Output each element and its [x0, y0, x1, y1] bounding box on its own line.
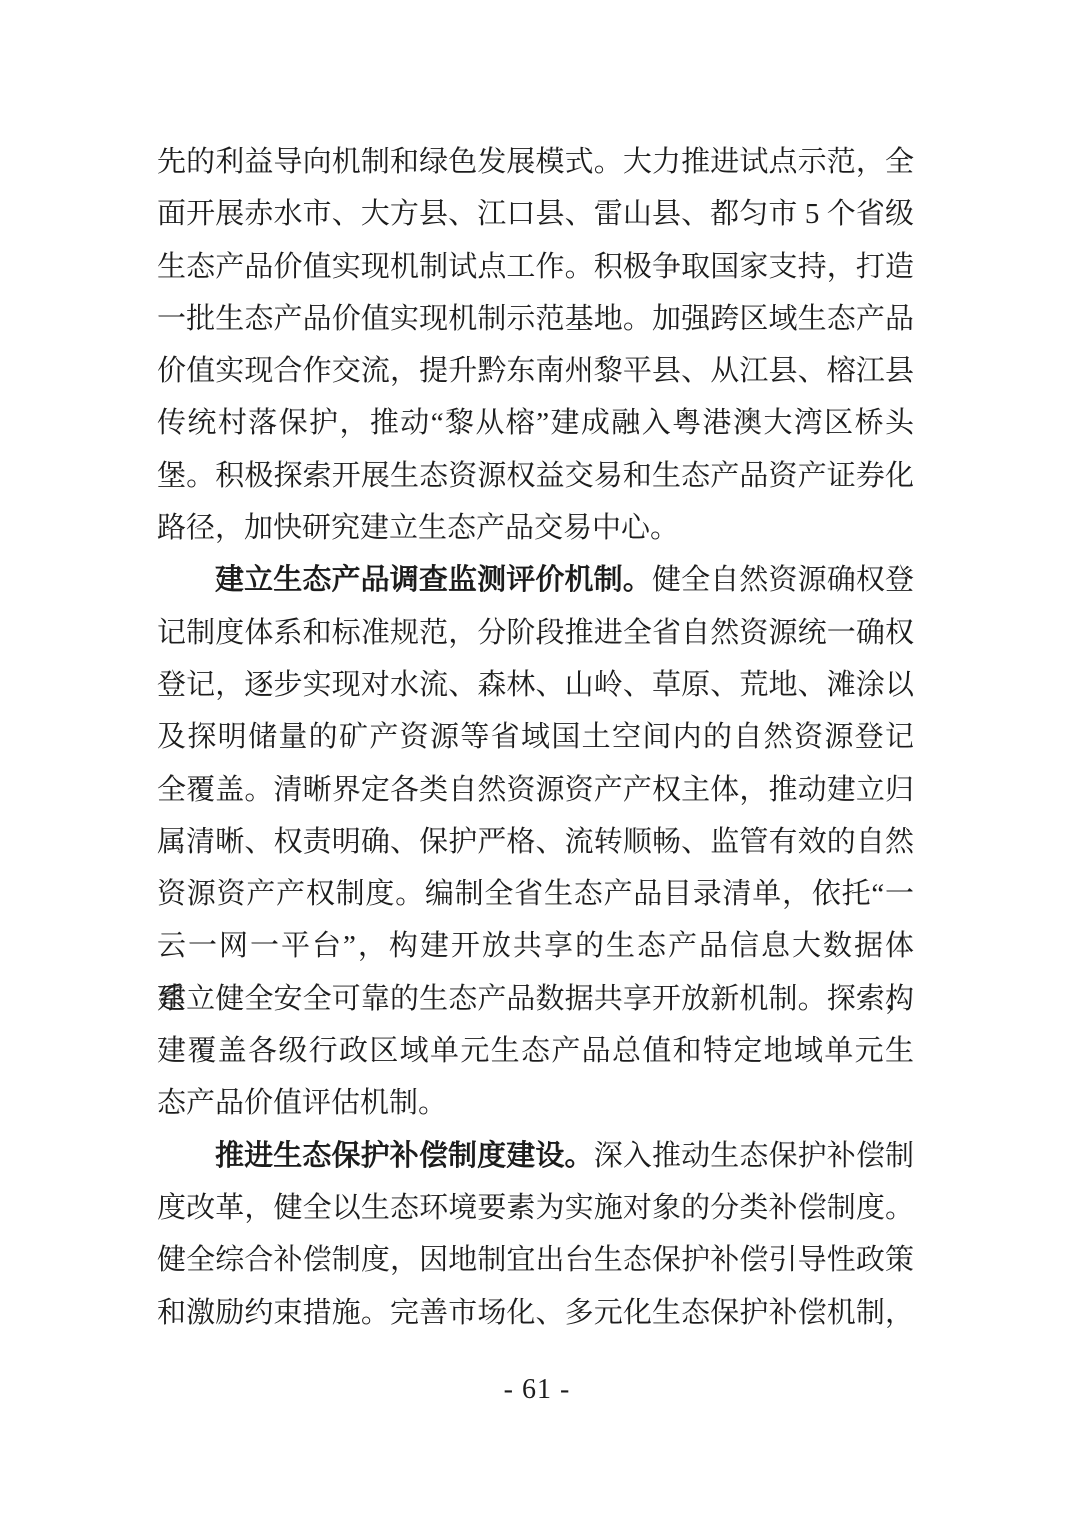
text-line: 建覆盖各级行政区域单元生态产品总值和特定地域单元生 — [157, 1025, 914, 1077]
text-line: 态产品价值评估机制。 — [157, 1077, 914, 1129]
text-line: 和激励约束措施。完善市场化、多元化生态保护补偿机制， — [157, 1287, 914, 1339]
text-line: 建立生态产品调查监测评价机制。健全自然资源确权登 — [157, 554, 914, 606]
text-line: 路径，加快研究建立生态产品交易中心。 — [157, 502, 914, 554]
text-line: 一批生态产品价值实现机制示范基地。加强跨区域生态产品 — [157, 293, 914, 345]
text-line: 全覆盖。清晰界定各类自然资源资产产权主体，推动建立归 — [157, 764, 914, 816]
text-line: 属清晰、权责明确、保护严格、流转顺畅、监管有效的自然 — [157, 816, 914, 868]
text-line: 登记，逐步实现对水流、森林、山岭、草原、荒地、滩涂以 — [157, 659, 914, 711]
section-lead-bold: 推进生态保护补偿制度建设。 — [215, 1140, 594, 1172]
section-lead-bold: 建立生态产品调查监测评价机制。 — [215, 564, 652, 596]
body-text: 先的利益导向机制和绿色发展模式。大力推进试点示范，全面开展赤水市、大方县、江口县… — [157, 136, 914, 1339]
text-line: 建立健全安全可靠的生态产品数据共享开放新机制。探索构 — [157, 973, 914, 1025]
paragraph: 建立生态产品调查监测评价机制。健全自然资源确权登记制度体系和标准规范，分阶段推进… — [157, 554, 914, 1129]
text-line: 推进生态保护补偿制度建设。深入推动生态保护补偿制 — [157, 1130, 914, 1182]
text-line: 云一网一平台”，构建开放共享的生态产品信息大数据体系， — [157, 920, 914, 972]
page-number: - 61 - — [504, 1374, 571, 1405]
text-line: 健全综合补偿制度，因地制宜出台生态保护补偿引导性政策 — [157, 1234, 914, 1286]
text-line: 记制度体系和标准规范，分阶段推进全省自然资源统一确权 — [157, 607, 914, 659]
text-line: 面开展赤水市、大方县、江口县、雷山县、都匀市 5 个省级 — [157, 188, 914, 240]
text-line: 传统村落保护，推动“黎从榕”建成融入粤港澳大湾区桥头 — [157, 397, 914, 449]
text-line: 价值实现合作交流，提升黔东南州黎平县、从江县、榕江县 — [157, 345, 914, 397]
text-line: 生态产品价值实现机制试点工作。积极争取国家支持，打造 — [157, 241, 914, 293]
paragraph: 先的利益导向机制和绿色发展模式。大力推进试点示范，全面开展赤水市、大方县、江口县… — [157, 136, 914, 554]
text-line: 度改革，健全以生态环境要素为实施对象的分类补偿制度。 — [157, 1182, 914, 1234]
text-line: 资源资产产权制度。编制全省生态产品目录清单，依托“一 — [157, 868, 914, 920]
document-page: 先的利益导向机制和绿色发展模式。大力推进试点示范，全面开展赤水市、大方县、江口县… — [0, 0, 1074, 1520]
text-line: 先的利益导向机制和绿色发展模式。大力推进试点示范，全 — [157, 136, 914, 188]
paragraph: 推进生态保护补偿制度建设。深入推动生态保护补偿制度改革，健全以生态环境要素为实施… — [157, 1130, 914, 1339]
text-line: 及探明储量的矿产资源等省域国土空间内的自然资源登记 — [157, 711, 914, 763]
page-footer: - 61 - — [0, 1374, 1074, 1406]
text-line: 堡。积极探索开展生态资源权益交易和生态产品资产证券化 — [157, 450, 914, 502]
